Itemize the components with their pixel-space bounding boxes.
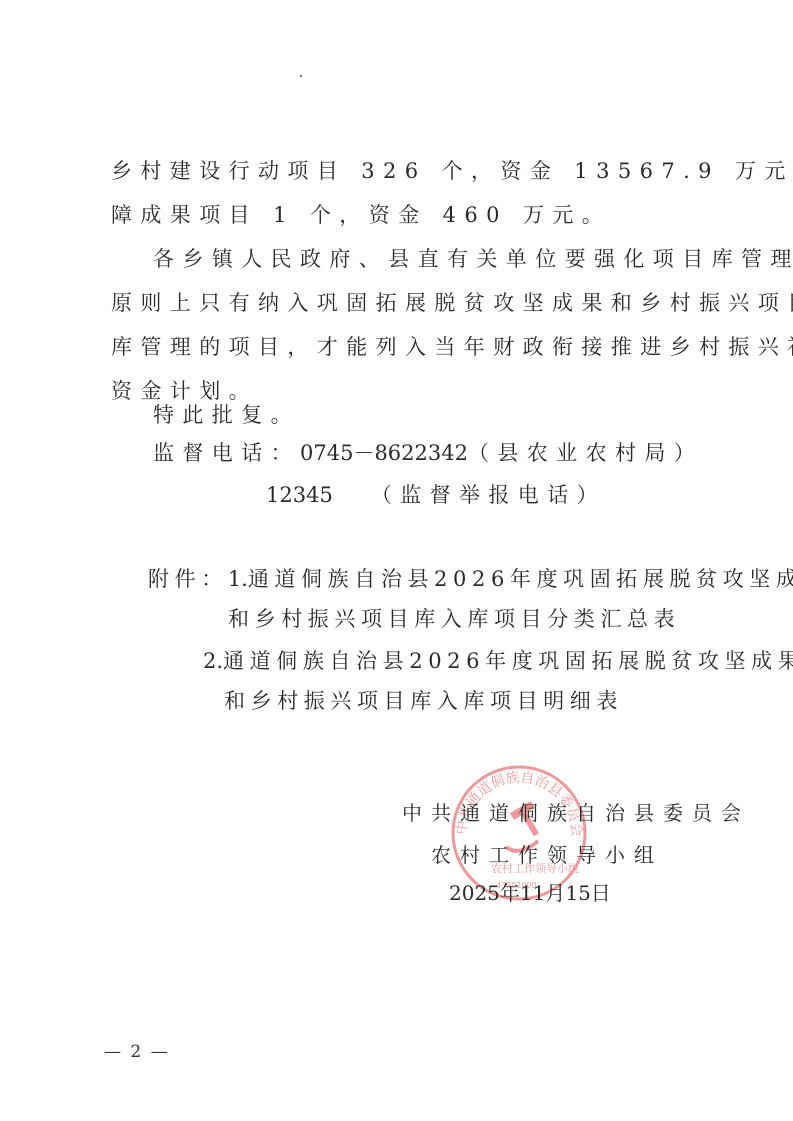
- body-line: 原则上只有纳入巩固拓展脱贫攻坚成果和乡村振兴项目: [111, 290, 793, 316]
- supervision-phone-1-org: （县农业农村局）: [468, 441, 703, 465]
- signature-org-line-1: 中共通道侗族自治县委员会: [402, 800, 750, 826]
- scan-speck: [300, 75, 302, 77]
- attachment-1-index: 1.: [228, 567, 248, 591]
- attachment-1-title: 通道侗族自治县2026年度巩固拓展脱贫攻坚成果: [248, 567, 793, 591]
- attachment-1-line-2: 和乡村振兴项目库入库项目分类汇总表: [228, 606, 680, 632]
- body-line: 资金计划。: [111, 378, 258, 404]
- body-line: 障成果项目 1 个，资金 460 万元。: [111, 202, 611, 228]
- attachments-label: 附件：: [148, 567, 228, 591]
- attachment-2-index: 2.: [203, 649, 223, 673]
- supervision-phone-1: 0745－8622342: [300, 441, 468, 465]
- closing-line: 特此批复。: [153, 402, 300, 428]
- supervision-phone-2: 12345: [266, 483, 333, 507]
- body-line: 乡村建设行动项目 326 个，资金 13567.9 万元；巩固三保: [111, 158, 793, 184]
- supervision-label: 监督电话：: [153, 441, 300, 465]
- supervision-phone-2-note: （监督举报电话）: [371, 483, 606, 507]
- signature-org-line-2: 农村工作领导小组: [431, 842, 663, 868]
- signature-date: 2025年11月15日: [449, 880, 611, 906]
- supervision-line-2: 12345（监督举报电话）: [266, 482, 606, 508]
- attachment-2-line-1: 2.通道侗族自治县2026年度巩固拓展脱贫攻坚成果: [203, 648, 793, 674]
- document-page: 乡村建设行动项目 326 个，资金 13567.9 万元；巩固三保 障成果项目 …: [0, 0, 793, 1121]
- page-number: — 2 —: [104, 1042, 170, 1062]
- body-line: 库管理的项目，才能列入当年财政衔接推进乡村振兴补助: [111, 334, 793, 360]
- body-line: 各乡镇人民政府、县直有关单位要强化项目库管理，: [153, 246, 793, 272]
- closing-text: 特此批复。: [153, 403, 300, 427]
- attachment-1-line-1: 附件：1.通道侗族自治县2026年度巩固拓展脱贫攻坚成果: [148, 566, 793, 592]
- attachment-2-line-2: 和乡村振兴项目库入库项目明细表: [224, 688, 623, 714]
- supervision-line-1: 监督电话：0745－8622342（县农业农村局）: [153, 440, 703, 466]
- attachment-2-title: 通道侗族自治县2026年度巩固拓展脱贫攻坚成果: [223, 649, 793, 673]
